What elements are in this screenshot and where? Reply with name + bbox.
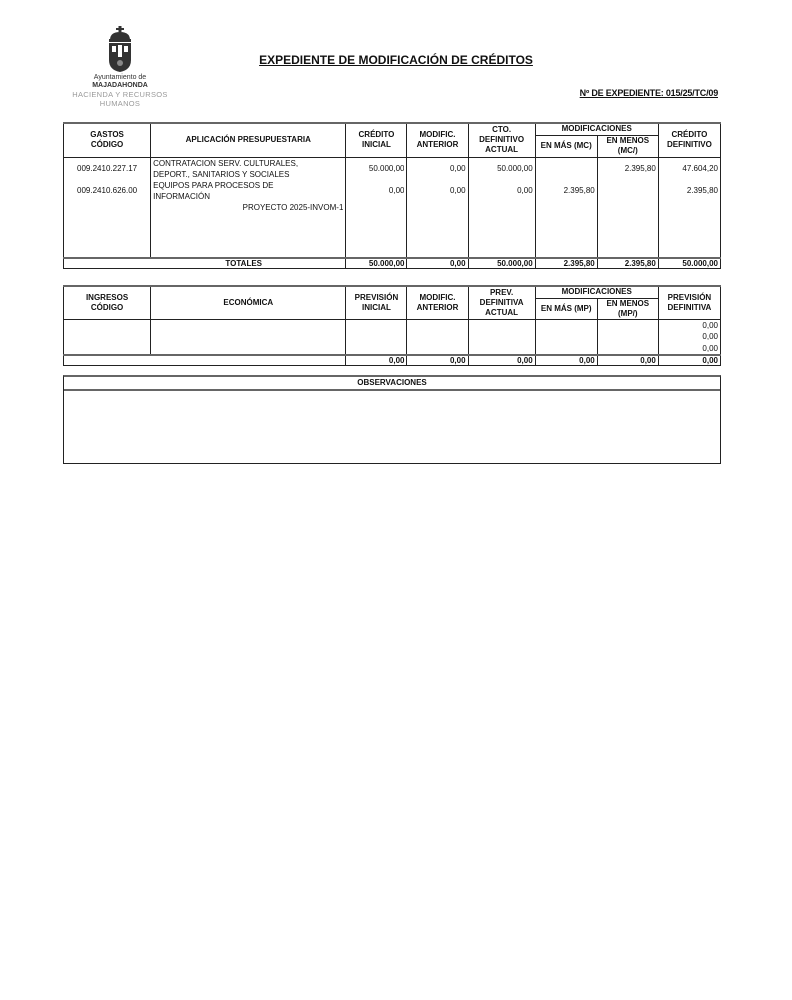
header-en-mas: EN MÁS (MP) (535, 298, 597, 319)
credito-definitivo-column: 47.604,20 2.395,80 (658, 157, 720, 258)
cto-definitivo-column: 50.000,00 0,00 (468, 157, 535, 258)
en-mas-column: 2.395,80 (535, 157, 597, 258)
totales-label-empty (64, 355, 346, 366)
logo-line-1: Ayuntamiento de (64, 74, 176, 82)
credito-inicial-column: 50.000,00 0,00 (346, 157, 407, 258)
gastos-table: GASTOSCÓDIGO APLICACIÓN PRESUPUESTARIA C… (63, 122, 721, 269)
header-en-menos: EN MENOS(MC/) (597, 135, 658, 157)
logo: Ayuntamiento de MAJADAHONDA HACIENDA Y R… (64, 26, 176, 116)
modific-anterior-column (407, 319, 468, 355)
en-menos-column: 2.395,80 (597, 157, 658, 258)
cell-value: 0,00 (471, 185, 533, 196)
table-row-aplicacion: INFORMACIÓN (153, 191, 343, 202)
total-en-mas: 0,00 (535, 355, 597, 366)
totales-row: TOTALES 50.000,00 0,00 50.000,00 2.395,8… (64, 258, 721, 269)
gastos-body: 009.2410.227.17 009.2410.626.00 CONTRATA… (64, 157, 721, 258)
document-title: EXPEDIENTE DE MODIFICACIÓN DE CRÉDITOS (0, 53, 792, 67)
total-credito-inicial: 50.000,00 (346, 258, 407, 269)
logo-line-3: HACIENDA Y RECURSOS (64, 90, 176, 99)
ingresos-table: INGRESOSCÓDIGO ECONÓMICA PREVISIÓNINICIA… (63, 285, 721, 366)
prev-definitiva-column (468, 319, 535, 355)
codigo-column (64, 319, 151, 355)
ingresos-body: 0,00 0,00 0,00 (64, 319, 721, 355)
en-mas-column (535, 319, 597, 355)
header-gastos-codigo: GASTOSCÓDIGO (64, 123, 151, 157)
cell-value: 0,00 (348, 185, 404, 196)
header-credito-inicial: CRÉDITOINICIAL (346, 123, 407, 157)
cell-value: 2.395,80 (661, 185, 718, 196)
totales-label: TOTALES (64, 258, 346, 269)
header-modificaciones: MODIFICACIONES (535, 123, 658, 135)
header-economica: ECONÓMICA (151, 286, 346, 319)
logo-line-2: MAJADAHONDA (64, 82, 176, 90)
header-aplicacion: APLICACIÓN PRESUPUESTARIA (151, 123, 346, 157)
header-modificaciones: MODIFICACIONES (535, 286, 658, 298)
ingresos-totales-row: 0,00 0,00 0,00 0,00 0,00 0,00 (64, 355, 721, 366)
total-prev-definitiva: 0,00 (468, 355, 535, 366)
expediente-number: Nº DE EXPEDIENTE: 015/25/TC/09 (580, 88, 718, 98)
total-en-mas: 2.395,80 (535, 258, 597, 269)
cell-value: 0,00 (409, 163, 465, 174)
header-modific-anterior: MODIFIC.ANTERIOR (407, 123, 468, 157)
proyecto-label: PROYECTO 2025-INVOM-1 (153, 202, 343, 213)
table-row-aplicacion: DEPORT., SANITARIOS Y SOCIALES (153, 169, 343, 180)
total-en-menos: 2.395,80 (597, 258, 658, 269)
observaciones-header: OBSERVACIONES (64, 377, 720, 391)
header-prevision-definitiva: PREVISIÓNDEFINITIVA (658, 286, 720, 319)
total-modific-anterior: 0,00 (407, 258, 468, 269)
prevision-definitiva-column: 0,00 0,00 0,00 (658, 319, 720, 355)
cell-value: 50.000,00 (348, 163, 404, 174)
table-row-aplicacion: CONTRATACION SERV. CULTURALES, (153, 158, 343, 169)
prevision-inicial-column (346, 319, 407, 355)
cell-value: 50.000,00 (471, 163, 533, 174)
codigo-column: 009.2410.227.17 009.2410.626.00 (64, 157, 151, 258)
header-prev-definitiva: PREV.DEFINITIVAACTUAL (468, 286, 535, 319)
cell-value: 2.395,80 (538, 185, 595, 196)
modific-anterior-column: 0,00 0,00 (407, 157, 468, 258)
header-cto-definitivo: CTO.DEFINITIVOACTUAL (468, 123, 535, 157)
logo-line-4: HUMANOS (64, 99, 176, 108)
table-row-codigo: 009.2410.227.17 (66, 163, 148, 174)
cell-value: 0,00 (661, 320, 718, 332)
total-modific-anterior: 0,00 (407, 355, 468, 366)
en-menos-column (597, 319, 658, 355)
observaciones-box: OBSERVACIONES (63, 375, 721, 464)
total-prevision-inicial: 0,00 (346, 355, 407, 366)
header-credito-definitivo: CRÉDITODEFINITIVO (658, 123, 720, 157)
aplicacion-column: CONTRATACION SERV. CULTURALES, DEPORT., … (151, 157, 346, 258)
header-en-mas: EN MÁS (MC) (535, 135, 597, 157)
total-credito-definitivo: 50.000,00 (658, 258, 720, 269)
economica-column (151, 319, 346, 355)
header-en-menos: EN MENOS(MP/) (597, 298, 658, 319)
total-cto-definitivo: 50.000,00 (468, 258, 535, 269)
header-modific-anterior: MODIFIC.ANTERIOR (407, 286, 468, 319)
table-row-codigo: 009.2410.626.00 (66, 185, 148, 196)
cell-value: 0,00 (661, 331, 718, 343)
cell-value: 47.604,20 (661, 163, 718, 174)
total-prevision-definitiva: 0,00 (658, 355, 720, 366)
cell-value: 0,00 (409, 185, 465, 196)
cell-value: 0,00 (661, 343, 718, 355)
cell-value (538, 163, 595, 174)
cell-value: 2.395,80 (600, 163, 656, 174)
table-row-aplicacion: EQUIPOS PARA PROCESOS DE (153, 180, 343, 191)
header-prevision-inicial: PREVISIÓNINICIAL (346, 286, 407, 319)
total-en-menos: 0,00 (597, 355, 658, 366)
cell-value (600, 185, 656, 196)
header-ingresos-codigo: INGRESOSCÓDIGO (64, 286, 151, 319)
